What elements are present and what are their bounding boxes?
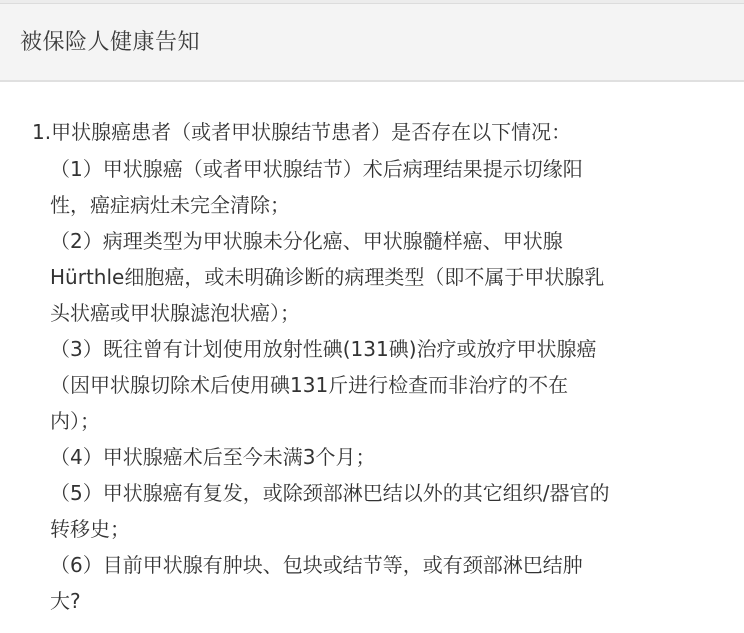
item-5-line-2: 转移史；	[50, 515, 130, 543]
item-3-line-2: （因甲状腺切除术后使用碘131斤进行检查而非治疗的不在	[50, 371, 568, 399]
item-2-line-2: Hürthle细胞癌，或未明确诊断的病理类型（即不属于甲状腺乳	[50, 263, 604, 291]
item-1-line-1: （1）甲状腺癌（或者甲状腺结节）术后病理结果提示切缘阳	[50, 155, 583, 183]
page-header: 被保险人健康告知	[0, 3, 744, 82]
item-4-line-1: （4）甲状腺癌术后至今未满3个月；	[50, 443, 375, 471]
item-1-line-2: 性，癌症病灶未完全清除；	[50, 191, 290, 219]
item-3-line-1: （3）既往曾有计划使用放射性碘(131碘)治疗或放疗甲状腺癌	[50, 335, 597, 363]
page-title: 被保险人健康告知	[20, 28, 200, 58]
item-2-line-3: 头状癌或甲状腺滤泡状癌）；	[50, 299, 300, 327]
item-2-line-1: （2）病理类型为甲状腺未分化癌、甲状腺髓样癌、甲状腺	[50, 227, 563, 255]
health-disclosure-content: 1.甲状腺癌患者（或者甲状腺结节患者）是否存在以下情况： （1）甲状腺癌（或者甲…	[0, 82, 744, 633]
question-title: 1.甲状腺癌患者（或者甲状腺结节患者）是否存在以下情况：	[32, 118, 571, 146]
item-6-line-2: 大?	[50, 587, 81, 615]
item-6-line-1: （6）目前甲状腺有肿块、包块或结节等，或有颈部淋巴结肿	[50, 551, 583, 579]
item-3-line-3: 内）；	[50, 407, 100, 435]
item-5-line-1: （5）甲状腺癌有复发，或除颈部淋巴结以外的其它组织/器官的	[50, 479, 609, 507]
